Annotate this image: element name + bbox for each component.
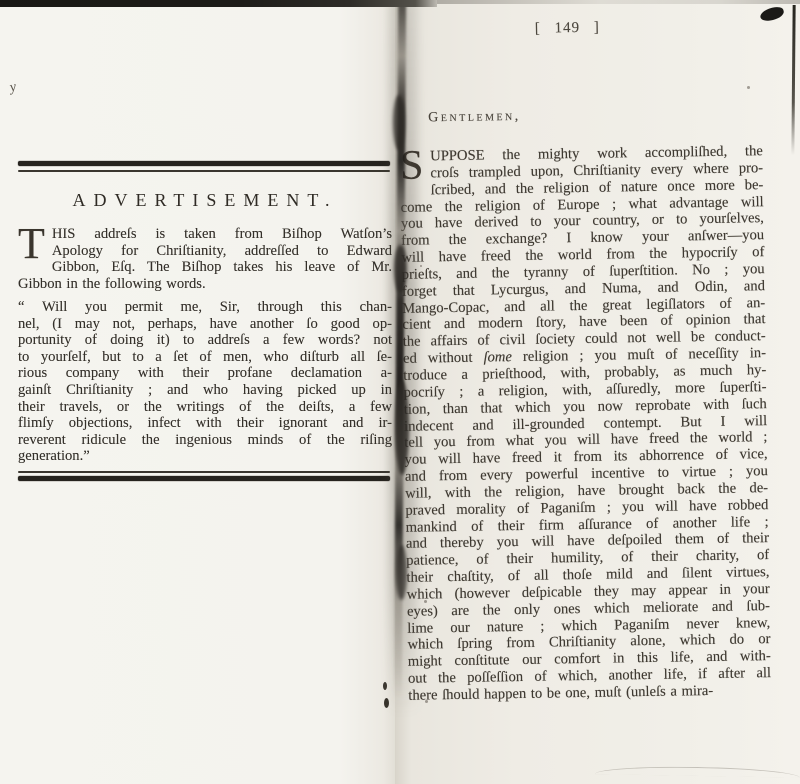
book-scan-spread: y ADVERTISEMENT. T HIS addreſs is taken … (0, 0, 800, 784)
double-rule-bottom (18, 471, 390, 481)
text-line: to yourſelf, but to a ſet of men, who di… (18, 349, 392, 366)
text-line: reverent ridicule the ingenious minds of… (18, 432, 392, 449)
scan-edge-top-left (0, 0, 437, 7)
double-rule-top (18, 161, 390, 172)
text-line: portunity of doing it) to addreſs a few … (18, 332, 392, 349)
text-line: nel, (I may not, perhaps, have another ſ… (18, 316, 392, 333)
paragraph-lines: HIS addreſs is taken from Biſhop Watſon’… (18, 226, 392, 292)
advertisement-heading: ADVERTISEMENT. (18, 190, 392, 211)
advertisement-paragraph-1: T HIS addreſs is taken from Biſhop Watſo… (18, 226, 392, 292)
page-left: y ADVERTISEMENT. T HIS addreſs is taken … (0, 0, 395, 784)
salutation: Gentlemen, (428, 109, 521, 126)
text-line: Apology for Chriſtianity, addreſſed to E… (18, 243, 392, 260)
text-line: Gibbon in the following words. (18, 276, 392, 293)
page-number: [ 149 ] (535, 20, 600, 38)
paper-speck (425, 700, 428, 703)
paper-speck (747, 86, 750, 89)
left-text-column: ADVERTISEMENT. T HIS addreſs is taken fr… (18, 0, 392, 784)
text-line: HIS addreſs is taken from Biſhop Watſon’… (18, 226, 392, 243)
right-page-content: [ 149 ] Gentlemen, S UPPOSE the mighty w… (388, 0, 800, 784)
text-line: flimſy objections, infect with their ign… (18, 415, 392, 432)
paper-speck (422, 645, 425, 648)
text-line: gainſt Chriſtianity ; and who having pic… (18, 382, 392, 399)
rule-thin (18, 471, 390, 473)
margin-pen-mark: y (8, 80, 17, 97)
text-line: their travels, or the writings of the de… (18, 399, 392, 416)
scan-edge-top-right (437, 0, 800, 4)
text-line: generation.” (18, 448, 392, 465)
text-line: Gibbon, Eſq. The Biſhop takes his leave … (18, 259, 392, 276)
rule-thick (18, 476, 390, 481)
paragraph-lines: “ Will you permit me, Sir, through this … (18, 299, 392, 465)
paper-speck (420, 265, 422, 267)
page-right: [ 149 ] Gentlemen, S UPPOSE the mighty w… (395, 0, 800, 784)
paper-speck (424, 600, 427, 603)
text-line: rious company with their profane declama… (18, 365, 392, 382)
rule-thick (18, 161, 390, 166)
rule-thin (18, 170, 390, 172)
advertisement-paragraph-2: “ Will you permit me, Sir, through this … (18, 299, 392, 465)
dropcap-T: T (18, 226, 52, 261)
body-paragraph: S UPPOSE the mighty work accompliſhed, t… (400, 143, 772, 704)
dropcap-S: S (400, 148, 431, 182)
paper-speck (630, 255, 632, 257)
text-line: “ Will you permit me, Sir, through this … (18, 299, 392, 316)
paragraph-lines: UPPOSE the mighty work accompliſhed, the… (400, 143, 772, 704)
